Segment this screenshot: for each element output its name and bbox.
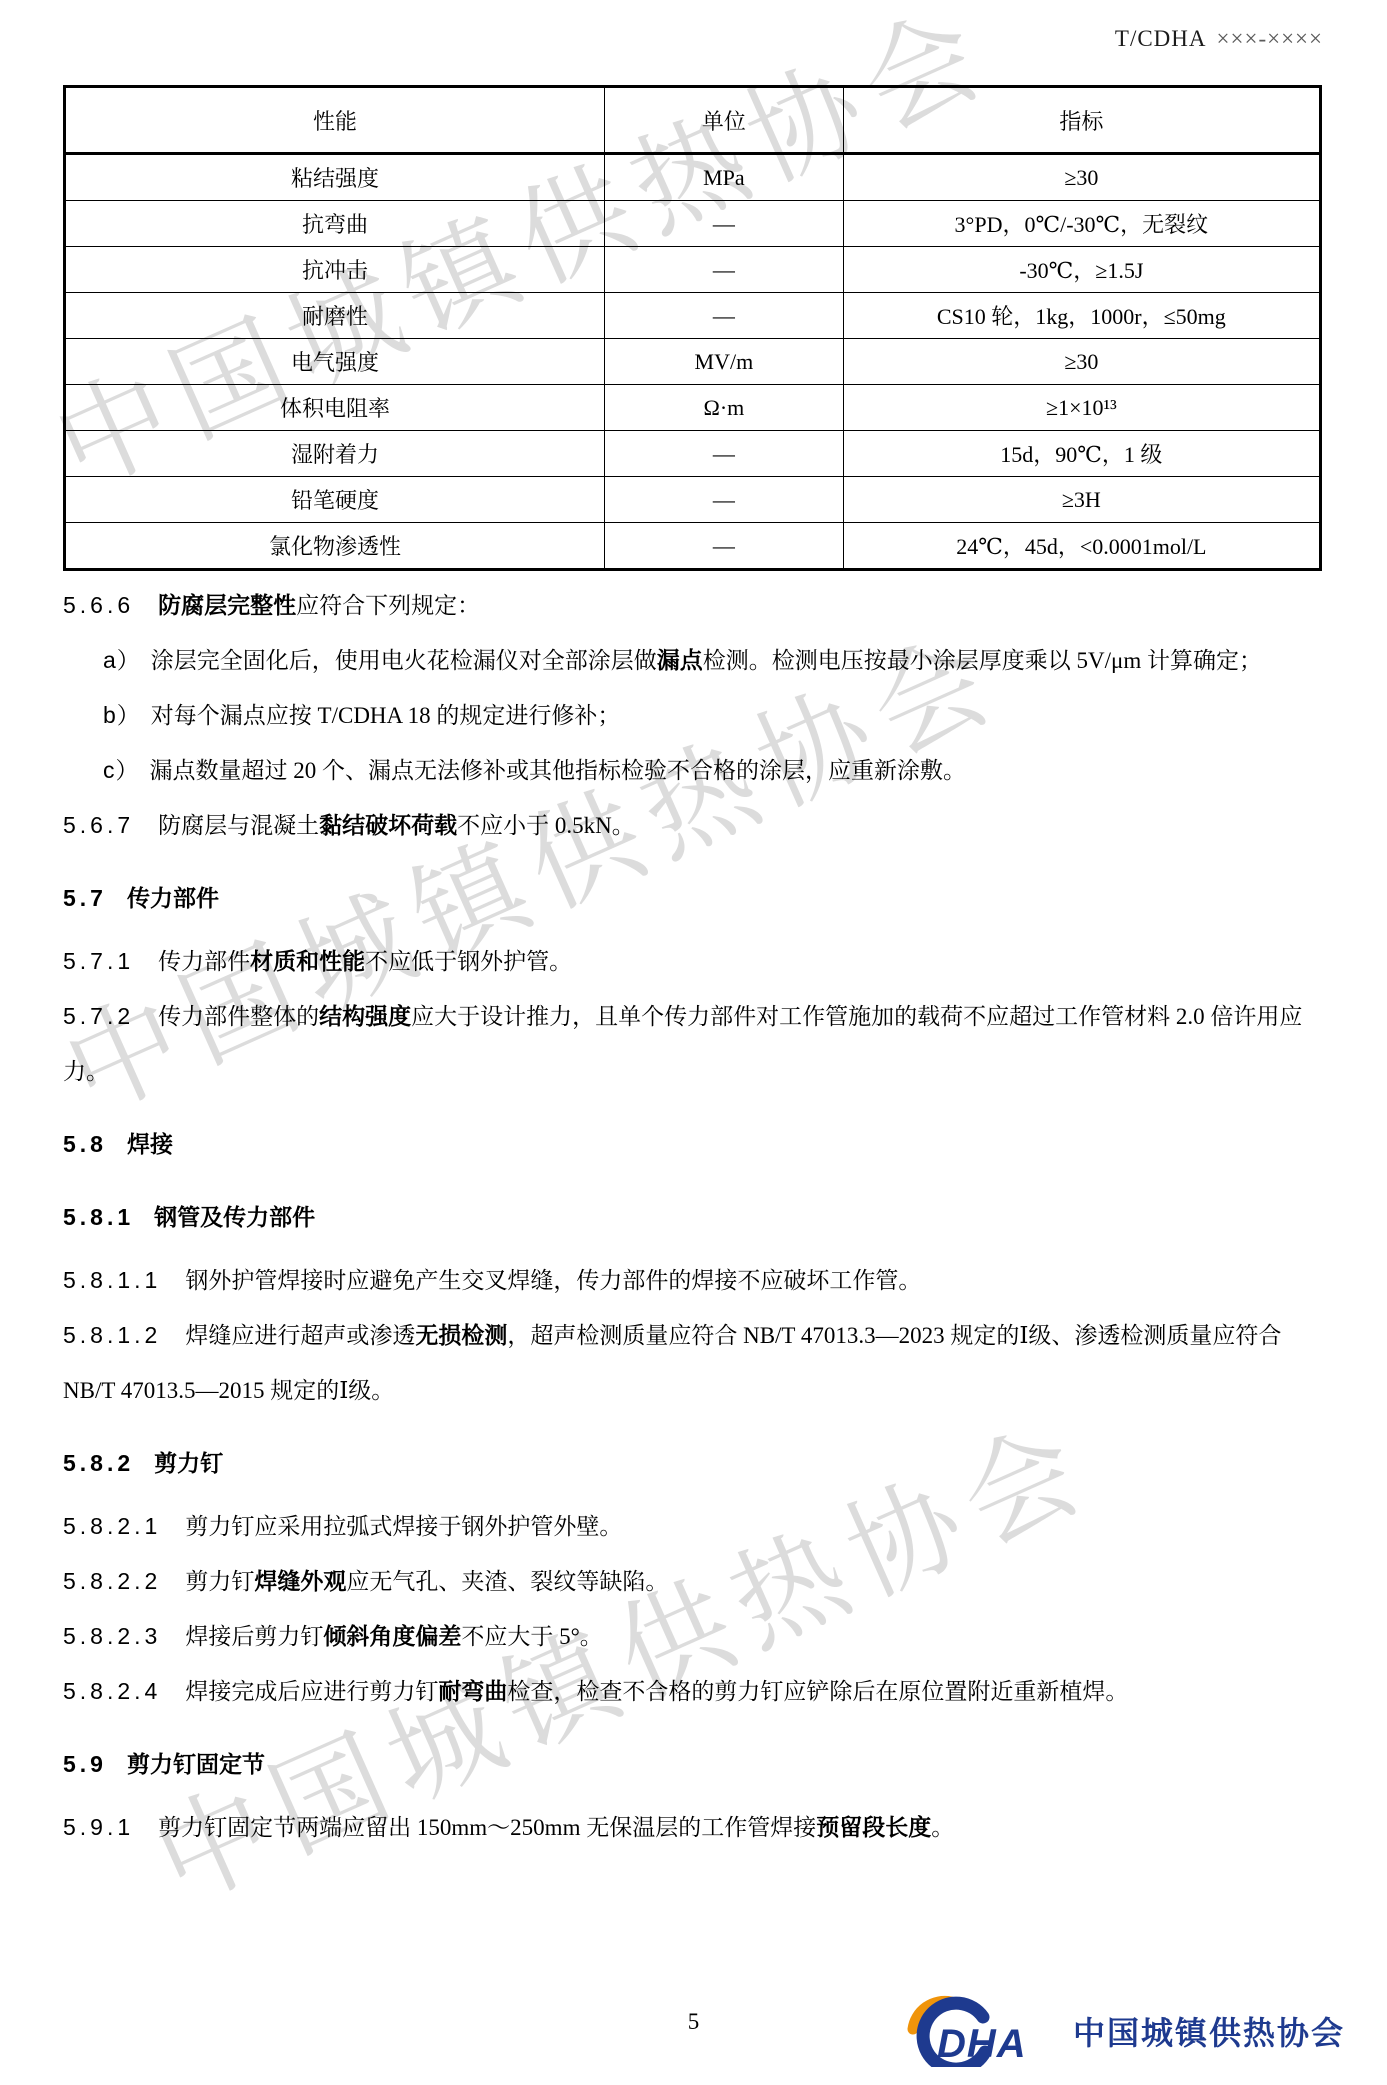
body-text: 应无气孔、夹渣、裂纹等缺陷。 — [346, 1569, 668, 1594]
body-text: 焊缝应进行超声或渗透 — [185, 1323, 415, 1348]
table-cell: 铅笔硬度 — [65, 477, 605, 523]
section-title: 剪力钉 — [154, 1450, 223, 1476]
clause-paragraph: 5.8.2.2剪力钉焊缝外观应无气孔、夹渣、裂纹等缺陷。 — [63, 1554, 1325, 1609]
table-cell: ≥3H — [843, 477, 1320, 523]
section-number: 5.7 — [63, 885, 107, 911]
emphasis-text: 耐弯曲 — [438, 1678, 507, 1704]
logo-acronym: DHA — [937, 2022, 1027, 2066]
spec-table-head: 性能单位指标 — [65, 87, 1321, 154]
table-cell: 15d，90℃，1 级 — [843, 431, 1320, 477]
clause-paragraph: 5.6.6防腐层完整性应符合下列规定： — [63, 578, 1325, 633]
table-cell: ≥30 — [843, 339, 1320, 385]
body-text: 焊接完成后应进行剪力钉 — [185, 1679, 438, 1704]
clause-paragraph: 5.8.2.3焊接后剪力钉倾斜角度偏差不应大于 5°。 — [63, 1609, 1325, 1664]
table-cell: 抗弯曲 — [65, 201, 605, 247]
table-cell: 电气强度 — [65, 339, 605, 385]
table-cell: 体积电阻率 — [65, 385, 605, 431]
clause-paragraph: 5.9.1剪力钉固定节两端应留出 150mm～250mm 无保温层的工作管焊接预… — [63, 1800, 1325, 1855]
standard-code-prefix: T/CDHA — [1115, 26, 1207, 51]
table-cell: — — [605, 293, 844, 339]
table-cell: 耐磨性 — [65, 293, 605, 339]
clause-number: 5.8.2.3 — [63, 1623, 161, 1649]
table-header-row: 性能单位指标 — [65, 87, 1321, 154]
cdha-logo-icon: DHA — [887, 1995, 1063, 2067]
table-header-cell: 单位 — [605, 87, 844, 154]
section-number: 5.8 — [63, 1131, 107, 1157]
table-row: 电气强度MV/m≥30 — [65, 339, 1321, 385]
table-cell: — — [605, 477, 844, 523]
table-cell: MPa — [605, 154, 844, 201]
table-cell: ≥30 — [843, 154, 1320, 201]
table-cell: MV/m — [605, 339, 844, 385]
table-header-cell: 性能 — [65, 87, 605, 154]
body-text: 钢外护管焊接时应避免产生交叉焊缝，传力部件的焊接不应破坏工作管。 — [185, 1268, 921, 1293]
clause-paragraph: 5.8.2.1剪力钉应采用拉弧式焊接于钢外护管外壁。 — [63, 1499, 1325, 1554]
table-cell: 粘结强度 — [65, 154, 605, 201]
section-number: 5.8.1 — [63, 1204, 134, 1230]
table-row: 铅笔硬度—≥3H — [65, 477, 1321, 523]
body-text: 剪力钉固定节两端应留出 150mm～250mm 无保温层的工作管焊接 — [158, 1815, 816, 1840]
document-body: 5.6.6防腐层完整性应符合下列规定：a）涂层完全固化后，使用电火花检漏仪对全部… — [63, 578, 1325, 1855]
section-number: 5.8.2 — [63, 1450, 134, 1476]
table-cell: — — [605, 247, 844, 293]
table-row: 耐磨性—CS10 轮，1kg，1000r，≤50mg — [65, 293, 1321, 339]
clause-paragraph: 5.8.2.4焊接完成后应进行剪力钉耐弯曲检查，检查不合格的剪力钉应铲除后在原位… — [63, 1664, 1325, 1719]
emphasis-text: 材质和性能 — [250, 948, 365, 974]
list-item: c）漏点数量超过 20 个、漏点无法修补或其他指标检验不合格的涂层，应重新涂敷。 — [63, 743, 1325, 798]
table-cell: ≥1×10¹³ — [843, 385, 1320, 431]
body-text: 漏点数量超过 20 个、漏点无法修补或其他指标检验不合格的涂层，应重新涂敷。 — [150, 758, 967, 783]
document-page: 中国城镇供热协会 中国城镇供热协会 中国城镇供热协会 T/CDHA×××-×××… — [0, 0, 1387, 2085]
body-text: 防腐层与混凝土 — [158, 813, 319, 838]
clause-number: 5.8.1.2 — [63, 1322, 161, 1348]
clause-number: 5.8.1.1 — [63, 1267, 161, 1293]
list-item-label: c） — [103, 757, 140, 783]
list-item-label: a） — [103, 647, 141, 673]
table-cell: — — [605, 431, 844, 477]
clause-number: 5.8.2.4 — [63, 1678, 161, 1704]
table-row: 湿附着力—15d，90℃，1 级 — [65, 431, 1321, 477]
table-cell: 3°PD，0℃/-30℃，无裂纹 — [843, 201, 1320, 247]
body-text: 检测。检测电压按最小涂层厚度乘以 5V/μm 计算确定； — [703, 648, 1262, 673]
clause-paragraph: 5.7.2传力部件整体的结构强度应大于设计推力，且单个传力部件对工作管施加的载荷… — [63, 989, 1325, 1099]
emphasis-text: 倾斜角度偏差 — [323, 1623, 461, 1649]
table-row: 抗弯曲—3°PD，0℃/-30℃，无裂纹 — [65, 201, 1321, 247]
emphasis-text: 防腐层完整性 — [158, 592, 296, 618]
emphasis-text: 无损检测 — [415, 1322, 507, 1348]
body-text: 检查，检查不合格的剪力钉应铲除后在原位置附近重新植焊。 — [507, 1679, 1128, 1704]
list-item: b）对每个漏点应按 T/CDHA 18 的规定进行修补； — [63, 688, 1325, 743]
table-cell: 24℃，45d，<0.0001mol/L — [843, 523, 1320, 570]
clause-paragraph: 5.6.7防腐层与混凝土黏结破坏荷载不应小于 0.5kN。 — [63, 798, 1325, 853]
clause-number: 5.8.2.2 — [63, 1568, 161, 1594]
clause-paragraph: 5.7.1传力部件材质和性能不应低于钢外护管。 — [63, 934, 1325, 989]
logo-org-name: 中国城镇供热协会 — [1073, 2008, 1345, 2054]
section-title: 焊接 — [127, 1131, 173, 1157]
table-row: 氯化物渗透性—24℃，45d，<0.0001mol/L — [65, 523, 1321, 570]
body-text: 剪力钉应采用拉弧式焊接于钢外护管外壁。 — [185, 1514, 622, 1539]
table-row: 抗冲击—-30℃，≥1.5J — [65, 247, 1321, 293]
body-text: 不应大于 5°。 — [461, 1624, 602, 1649]
footer-logo: DHA 中国城镇供热协会 — [887, 1995, 1345, 2067]
body-text: 焊接后剪力钉 — [185, 1624, 323, 1649]
list-item-label: b） — [103, 702, 141, 728]
section-title: 钢管及传力部件 — [154, 1204, 315, 1230]
body-text: 对每个漏点应按 T/CDHA 18 的规定进行修补； — [151, 703, 621, 728]
clause-paragraph: 5.8.1.1钢外护管焊接时应避免产生交叉焊缝，传力部件的焊接不应破坏工作管。 — [63, 1253, 1325, 1308]
clause-number: 5.9.1 — [63, 1814, 134, 1840]
emphasis-text: 黏结破坏荷载 — [319, 812, 457, 838]
body-text: 不应小于 0.5kN。 — [457, 813, 635, 838]
table-cell: 氯化物渗透性 — [65, 523, 605, 570]
section-heading: 5.8焊接 — [63, 1117, 1325, 1172]
table-row: 体积电阻率Ω·m≥1×10¹³ — [65, 385, 1321, 431]
standard-code-suffix: ×××-×××× — [1217, 26, 1323, 51]
table-cell: Ω·m — [605, 385, 844, 431]
table-cell: 抗冲击 — [65, 247, 605, 293]
section-heading: 5.9剪力钉固定节 — [63, 1737, 1325, 1792]
body-text: 剪力钉 — [185, 1569, 254, 1594]
clause-number: 5.8.2.1 — [63, 1513, 161, 1539]
body-text: 应符合下列规定： — [296, 593, 480, 618]
emphasis-text: 结构强度 — [319, 1003, 411, 1029]
clause-number: 5.6.6 — [63, 592, 134, 618]
emphasis-text: 预留段长度 — [816, 1814, 931, 1840]
section-heading: 5.8.1钢管及传力部件 — [63, 1190, 1325, 1245]
clause-number: 5.7.1 — [63, 948, 134, 974]
table-cell: — — [605, 523, 844, 570]
body-text: 传力部件整体的 — [158, 1004, 319, 1029]
table-cell: CS10 轮，1kg，1000r，≤50mg — [843, 293, 1320, 339]
body-text: 。 — [931, 1815, 954, 1840]
body-text: 涂层完全固化后，使用电火花检漏仪对全部涂层做 — [151, 648, 657, 673]
body-text: 传力部件 — [158, 949, 250, 974]
table-cell: -30℃，≥1.5J — [843, 247, 1320, 293]
body-text: 不应低于钢外护管。 — [365, 949, 572, 974]
page-header: T/CDHA×××-×××× — [1115, 26, 1323, 52]
section-title: 传力部件 — [127, 885, 219, 911]
section-title: 剪力钉固定节 — [127, 1751, 265, 1777]
emphasis-text: 漏点 — [657, 647, 703, 673]
section-number: 5.9 — [63, 1751, 107, 1777]
performance-spec-table: 性能单位指标 粘结强度MPa≥30抗弯曲—3°PD，0℃/-30℃，无裂纹抗冲击… — [63, 85, 1322, 571]
table-row: 粘结强度MPa≥30 — [65, 154, 1321, 201]
section-heading: 5.8.2剪力钉 — [63, 1436, 1325, 1491]
table-cell: — — [605, 201, 844, 247]
spec-table-body: 粘结强度MPa≥30抗弯曲—3°PD，0℃/-30℃，无裂纹抗冲击—-30℃，≥… — [65, 154, 1321, 570]
emphasis-text: 焊缝外观 — [254, 1568, 346, 1594]
clause-paragraph: 5.8.1.2焊缝应进行超声或渗透无损检测，超声检测质量应符合 NB/T 470… — [63, 1308, 1325, 1418]
clause-number: 5.6.7 — [63, 812, 134, 838]
clause-number: 5.7.2 — [63, 1003, 134, 1029]
table-header-cell: 指标 — [843, 87, 1320, 154]
table-cell: 湿附着力 — [65, 431, 605, 477]
list-item: a）涂层完全固化后，使用电火花检漏仪对全部涂层做漏点检测。检测电压按最小涂层厚度… — [63, 633, 1325, 688]
section-heading: 5.7传力部件 — [63, 871, 1325, 926]
